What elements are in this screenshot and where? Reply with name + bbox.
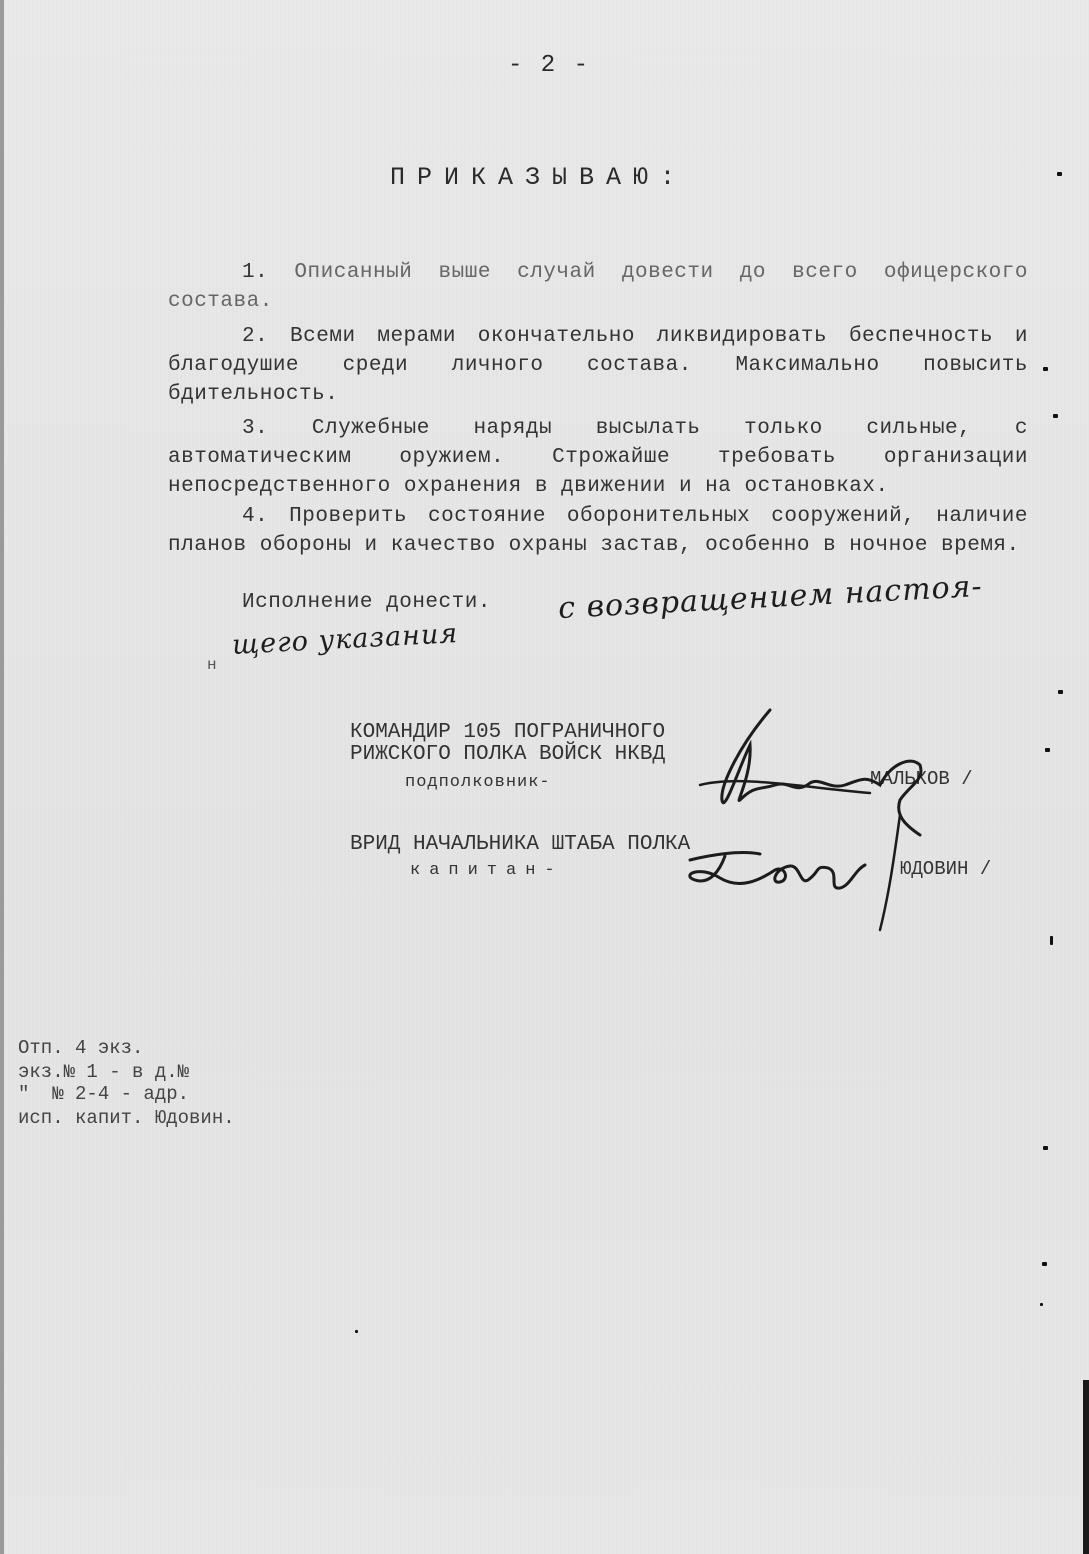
scan-left-edge	[0, 0, 4, 1554]
scan-speck	[1042, 1262, 1047, 1266]
scan-speck	[1058, 690, 1063, 694]
scan-speck	[1045, 748, 1050, 752]
item-number: 3.	[242, 417, 268, 440]
page-number: - 2 -	[508, 52, 590, 79]
commander-title-line-1: КОМАНДИР 105 ПОГРАНИЧНОГО	[350, 722, 665, 744]
item-number: 4.	[242, 505, 268, 528]
item-text: Служебные наряды высылать только сильные…	[168, 417, 1028, 498]
footer-executor: исп. капит. Юдовин.	[18, 1106, 235, 1130]
commander-rank: подполковник-	[405, 772, 551, 794]
footer-copies: Отп. 4 экз.	[18, 1036, 143, 1060]
scan-speck	[1043, 1146, 1048, 1150]
commander-title-line-2: РИЖСКОГО ПОЛКА ВОЙСК НКВД	[350, 744, 665, 766]
footer-copy-1: экз.№ 1 - в д.№	[18, 1060, 189, 1084]
item-text: Описанный выше случай довести до всего о…	[168, 261, 1028, 313]
scan-right-edge	[1083, 1380, 1089, 1554]
scan-speck	[355, 1330, 358, 1333]
order-item-1: 1. Описанный выше случай довести до всег…	[168, 258, 1028, 316]
order-item-3: 3. Служебные наряды высылать только силь…	[168, 414, 1028, 501]
order-item-2: 2. Всеми мерами окончательно ликвидирова…	[168, 322, 1028, 409]
item-number: 1.	[242, 261, 268, 284]
execution-instruction: Исполнение донести.	[242, 588, 491, 617]
handwritten-note-line-1: с возвращением настоя-	[557, 569, 983, 626]
stray-typed-mark: н	[207, 656, 217, 674]
footer-copies-2-4: " № 2-4 - адр.	[18, 1082, 189, 1106]
chief-of-staff-title: ВРИД НАЧАЛЬНИКА ШТАБА ПОЛКА	[350, 834, 690, 856]
item-number: 2.	[242, 325, 268, 348]
handwritten-note-line-2: щего указания	[231, 618, 459, 661]
scan-speck	[1043, 367, 1048, 371]
chief-of-staff-rank: капитан-	[410, 860, 564, 882]
scan-speck	[1040, 1303, 1043, 1306]
item-text: Всеми мерами окончательно ликвидировать …	[168, 325, 1028, 406]
scan-speck	[1050, 936, 1053, 945]
scan-speck	[1057, 172, 1062, 176]
chief-of-staff-signature-icon	[650, 810, 950, 940]
order-heading: ПРИКАЗЫВАЮ:	[390, 163, 687, 192]
order-item-4: 4. Проверить состояние оборонительных со…	[168, 502, 1028, 560]
scanned-page: - 2 - ПРИКАЗЫВАЮ: 1. Описанный выше случ…	[0, 0, 1089, 1554]
item-text: Проверить состояние оборонительных соору…	[168, 505, 1028, 557]
scan-speck	[1053, 414, 1058, 418]
